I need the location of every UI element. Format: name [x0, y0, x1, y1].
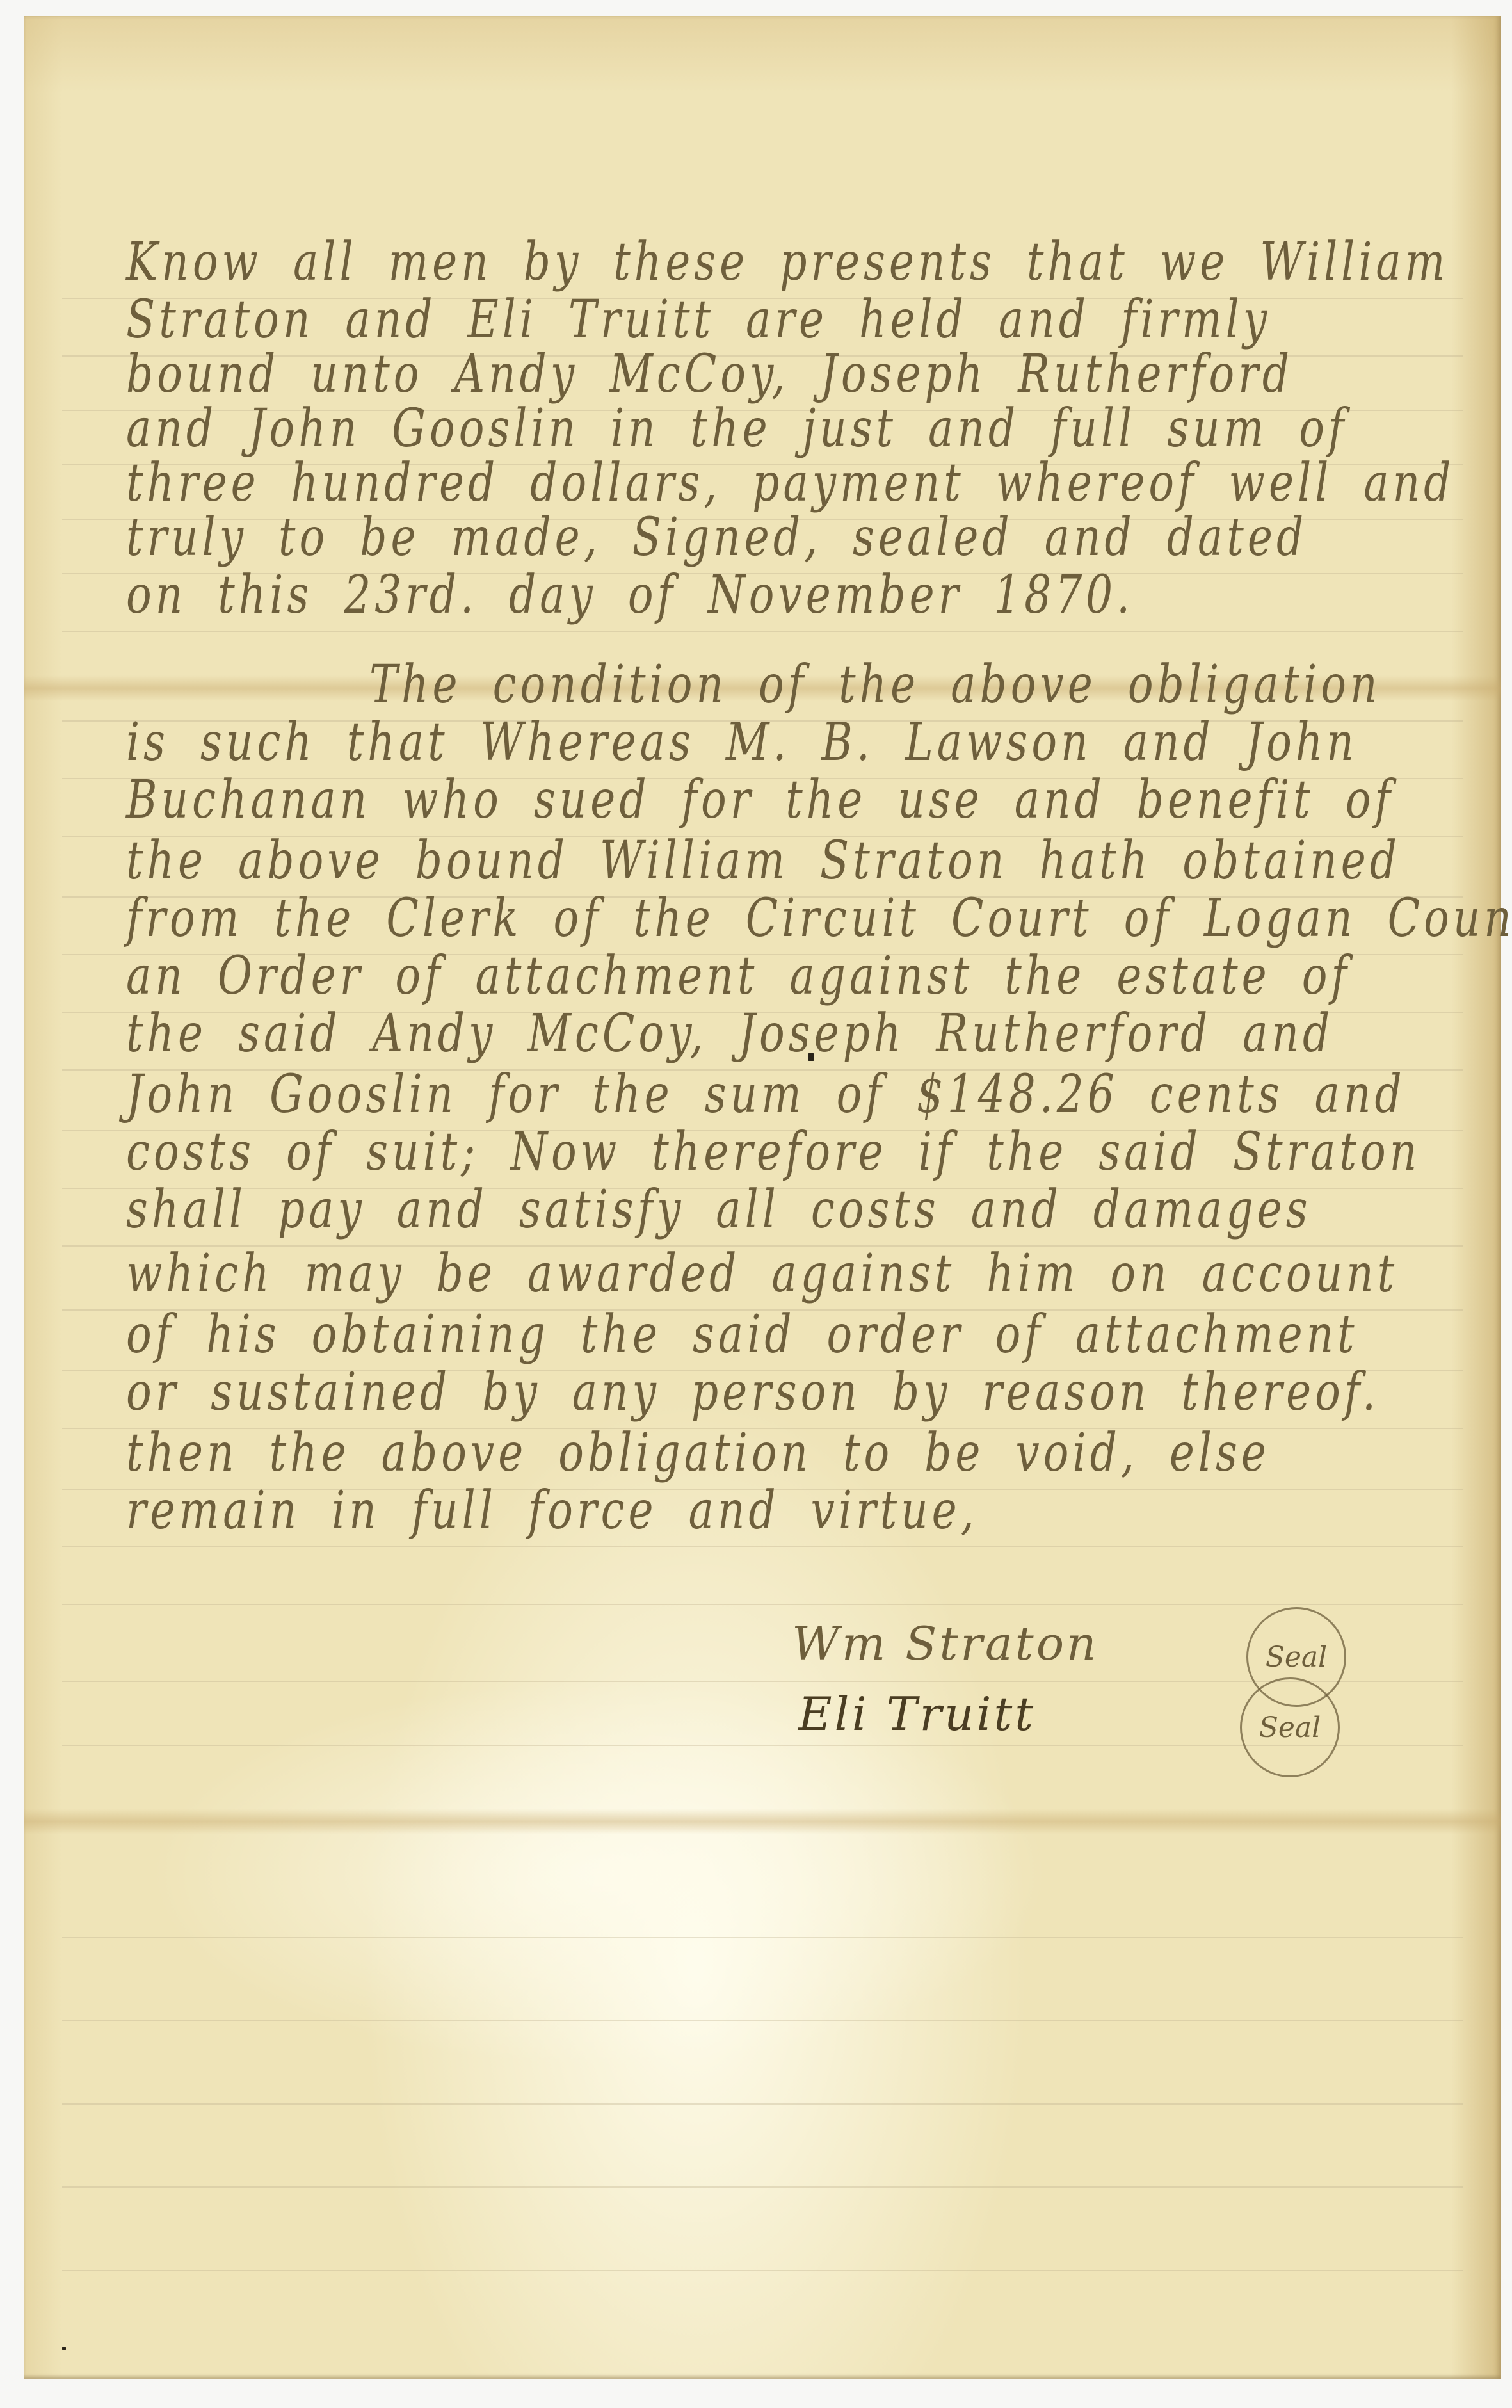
handwritten-line: John Gooslin for the sum of $148.26 cent… [126, 1063, 1406, 1125]
signature-straton: Wm Straton [792, 1617, 1098, 1670]
handwritten-line: from the Clerk of the Circuit Court of L… [126, 887, 1512, 949]
handwritten-line: The condition of the above obligation [369, 654, 1381, 715]
ruled-line [62, 1546, 1463, 1547]
handwritten-line: costs of suit; Now therefore if the said… [126, 1121, 1420, 1183]
handwritten-line: of his obtaining the said order of attac… [126, 1304, 1358, 1365]
handwritten-line: or sustained by any person by reason the… [126, 1361, 1379, 1423]
handwritten-line: remain in full force and virtue, [126, 1480, 978, 1541]
handwritten-line: three hundred dollars, payment whereof w… [126, 452, 1454, 513]
ink-speck [808, 1053, 814, 1061]
ruled-line [62, 2270, 1463, 2271]
handwritten-line: Know all men by these presents that we W… [126, 231, 1449, 293]
handwritten-date-line: on this 23rd. day of November 1870. [126, 564, 1134, 626]
handwritten-line: the said Andy McCoy, Joseph Rutherford a… [126, 1003, 1333, 1064]
ruled-line [62, 631, 1463, 632]
handwritten-line: which may be awarded against him on acco… [126, 1243, 1398, 1304]
handwritten-line: is such that Whereas M. B. Lawson and Jo… [126, 711, 1358, 773]
document-page: Know all men by these presents that we W… [24, 16, 1501, 2379]
seal-mark: Seal [1240, 1677, 1340, 1777]
handwritten-line: Buchanan who sued for the use and benefi… [126, 769, 1394, 830]
signature-truitt: Eli Truitt [798, 1687, 1036, 1741]
ruled-line [62, 1937, 1463, 1938]
ruled-line [62, 2020, 1463, 2021]
horizontal-fold-crease [24, 1809, 1501, 1834]
handwritten-line: and John Gooslin in the just and full su… [126, 398, 1347, 459]
ink-speck [62, 2347, 66, 2350]
handwritten-line: shall pay and satisfy all costs and dama… [126, 1179, 1312, 1240]
ruled-line [62, 2103, 1463, 2105]
ruled-line [62, 2186, 1463, 2188]
handwritten-line: then the above obligation to be void, el… [126, 1422, 1270, 1483]
handwritten-line: bound unto Andy McCoy, Joseph Rutherford [126, 343, 1293, 405]
handwritten-line: Straton and Eli Truitt are held and firm… [126, 289, 1271, 350]
handwritten-line: the above bound William Straton hath obt… [126, 830, 1401, 891]
ruled-line [62, 1604, 1463, 1605]
handwritten-line: an Order of attachment against the estat… [126, 945, 1351, 1006]
handwritten-line: truly to be made, Signed, sealed and dat… [126, 506, 1307, 568]
